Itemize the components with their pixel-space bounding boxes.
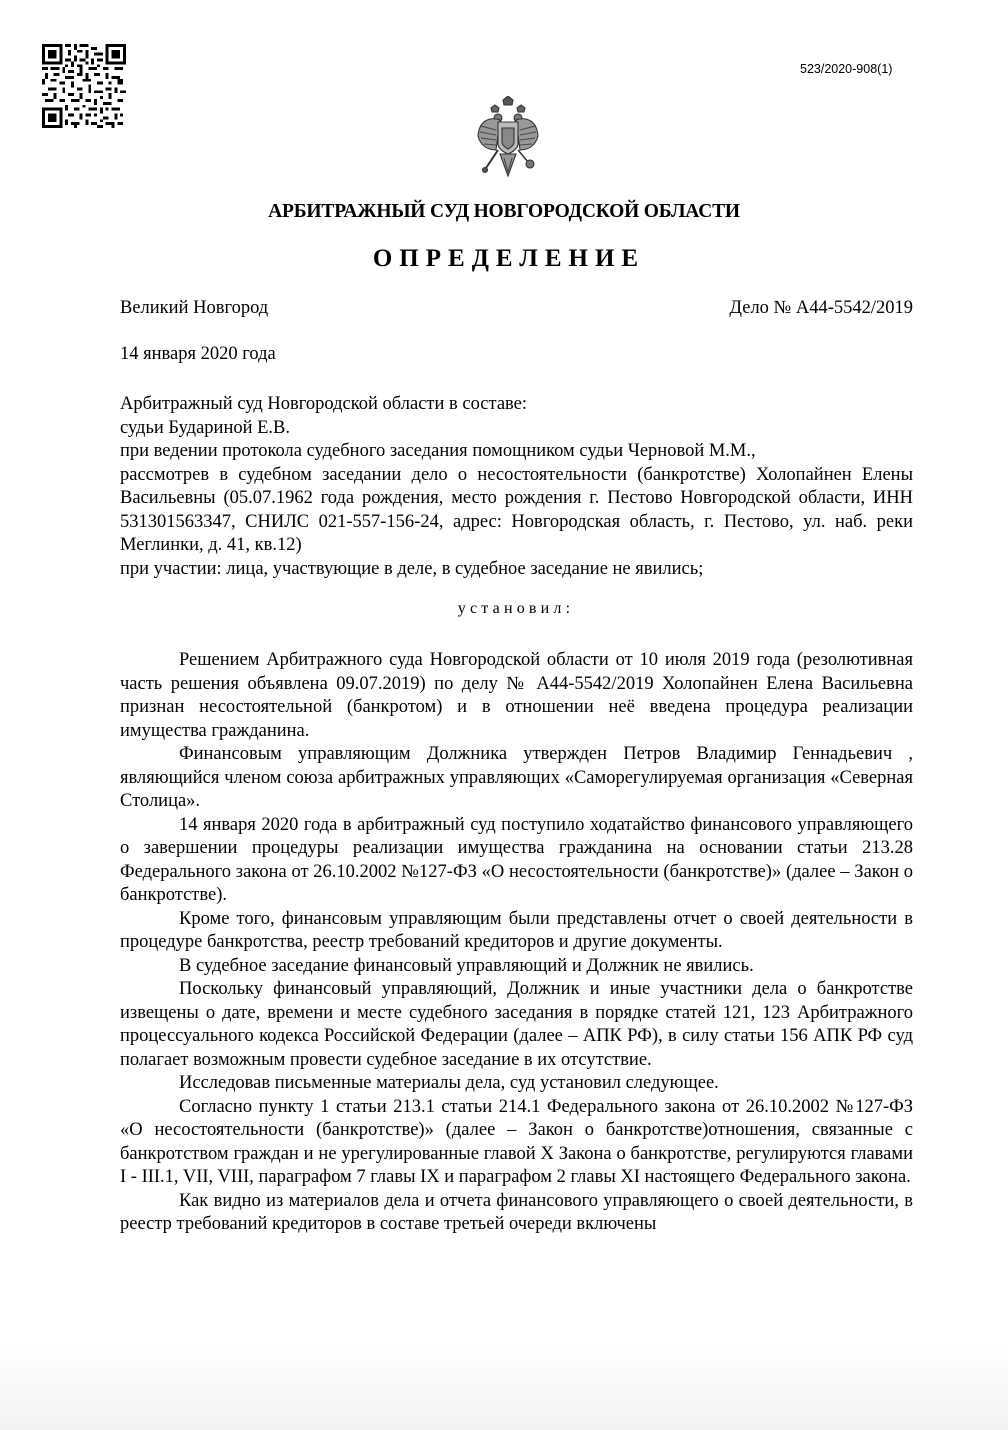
city-case-row: Великий Новгород Дело № А44-5542/2019 [120, 298, 913, 319]
participation: при участии: лица, участвующие в деле, в… [120, 558, 913, 582]
paragraph: Исследовав письменные материалы дела, су… [120, 1072, 913, 1096]
document-type-title: ОПРЕДЕЛЕНИЕ [0, 245, 1008, 273]
document-number: 523/2020-908(1) [800, 62, 940, 76]
page-bottom-shadow [0, 1340, 1008, 1430]
case-number: Дело № А44-5542/2019 [729, 298, 913, 319]
case-considered: рассмотрев в судебном заседании дело о н… [120, 464, 913, 558]
court-name: АРБИТРАЖНЫЙ СУД НОВГОРОДСКОЙ ОБЛАСТИ [0, 201, 1008, 223]
decision-date: 14 января 2020 года [120, 344, 276, 365]
russian-coat-of-arms-icon [476, 96, 540, 182]
paragraph: 14 января 2020 года в арбитражный суд по… [120, 814, 913, 908]
paragraph: Финансовым управляющим Должника утвержде… [120, 743, 913, 814]
composition-judge: судьи Будариной Е.В. [120, 417, 913, 441]
paragraph: Кроме того, финансовым управляющим были … [120, 908, 913, 955]
court-composition: Арбитражный суд Новгородской области в с… [120, 393, 913, 581]
paragraph: Как видно из материалов дела и отчета фи… [120, 1190, 913, 1237]
decision-body: Решением Арбитражного суда Новгородской … [120, 649, 913, 1237]
established-heading: установил: [0, 600, 1008, 618]
qr-code-icon [42, 43, 126, 129]
city: Великий Новгород [120, 298, 268, 319]
paragraph: Согласно пункту 1 статьи 213.1 статьи 21… [120, 1096, 913, 1190]
paragraph: Поскольку финансовый управляющий, Должни… [120, 978, 913, 1072]
composition-line: Арбитражный суд Новгородской области в с… [120, 393, 913, 417]
paragraph: Решением Арбитражного суда Новгородской … [120, 649, 913, 743]
paragraph: В судебное заседание финансовый управляю… [120, 955, 913, 979]
composition-secretary: при ведении протокола судебного заседани… [120, 440, 913, 464]
